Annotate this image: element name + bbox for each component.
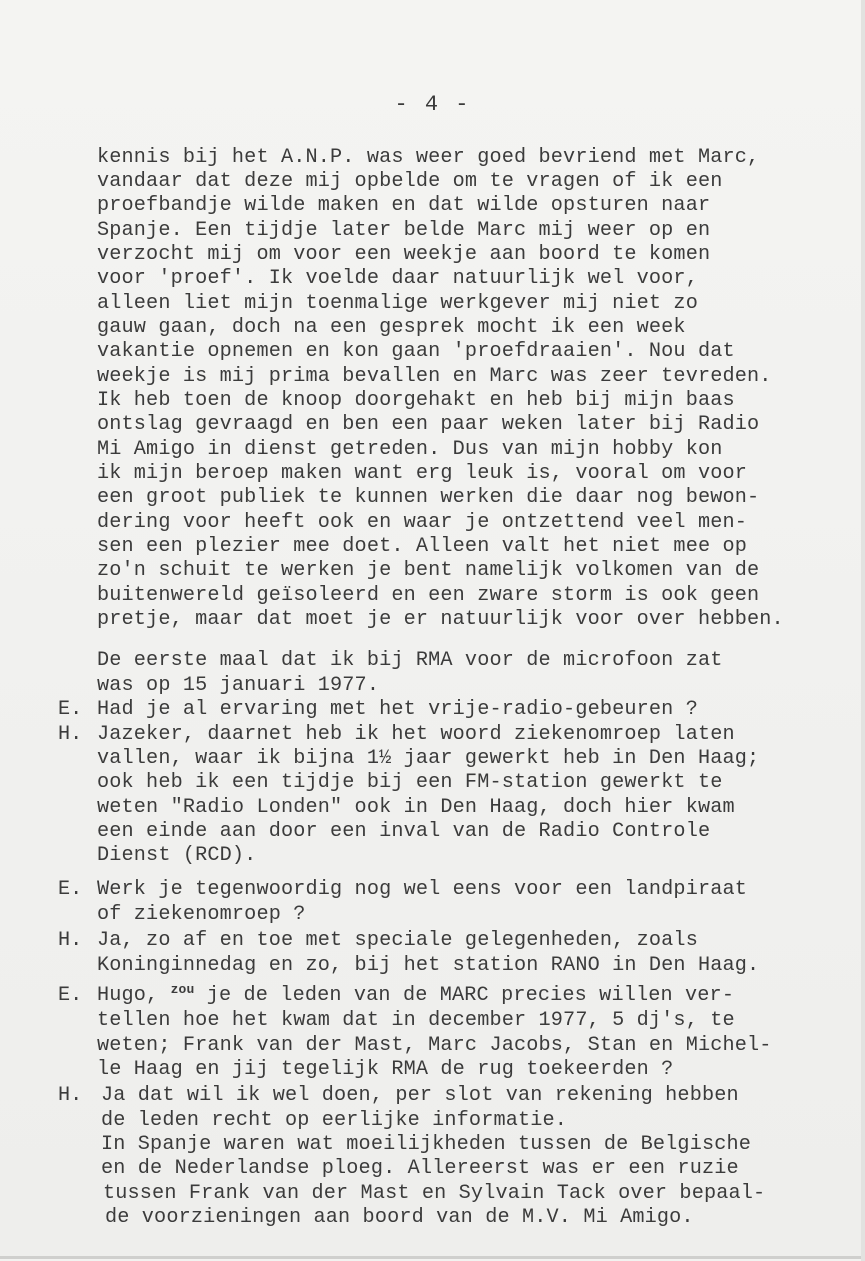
text-line: kennis bij het A.N.P. was weer goed bevr… <box>97 146 759 170</box>
text-line: Dienst (RCD). <box>97 844 256 868</box>
text-line: ook heb ik een tijdje bij een FM-station… <box>97 771 723 795</box>
text-line: In Spanje waren wat moeilijkheden tussen… <box>101 1133 751 1157</box>
text-line: was op 15 januari 1977. <box>97 674 379 698</box>
text-line: voor 'proef'. Ik voelde daar natuurlijk … <box>97 267 698 291</box>
speaker-label: H. <box>58 929 82 953</box>
page-number: - 4 - <box>0 92 865 117</box>
text-line: Mi Amigo in dienst getreden. Dus van mij… <box>97 438 723 462</box>
text-line: ontslag gevraagd en ben een paar weken l… <box>97 413 759 437</box>
text-line: ik mijn beroep maken want erg leuk is, v… <box>97 462 747 486</box>
text-line: Ja dat wil ik wel doen, per slot van rek… <box>101 1084 739 1108</box>
text-line: Hugo, zou je de leden van de MARC precie… <box>97 984 734 1009</box>
text-line: een groot publiek te kunnen werken die d… <box>97 486 759 510</box>
text-line: of ziekenomroep ? <box>97 903 306 927</box>
inserted-word: zou <box>171 982 195 997</box>
text-line: sen een plezier mee doet. Alleen valt he… <box>97 535 747 559</box>
text-line: vakantie opnemen en kon gaan 'proefdraai… <box>97 340 735 364</box>
text-line: Koninginnedag en zo, bij het station RAN… <box>97 954 759 978</box>
text-line: tellen hoe het kwam dat in december 1977… <box>97 1009 735 1033</box>
text-line: tussen Frank van der Mast en Sylvain Tac… <box>103 1182 765 1206</box>
text-line: een einde aan door een inval van de Radi… <box>97 820 710 844</box>
text-line: le Haag en jij tegelijk RMA de rug toeke… <box>97 1058 673 1082</box>
speaker-label: E. <box>58 984 82 1008</box>
text-line: vandaar dat deze mij opbelde om te vrage… <box>97 170 723 194</box>
text-line: Ik heb toen de knoop doorgehakt en heb b… <box>97 389 735 413</box>
text-line: de voorzieningen aan boord van de M.V. M… <box>105 1206 694 1230</box>
text-line: Spanje. Een tijdje later belde Marc mij … <box>97 219 710 243</box>
text-line: en de Nederlandse ploeg. Allereerst was … <box>101 1157 739 1181</box>
text-fragment: Hugo, <box>97 984 171 1007</box>
text-line: De eerste maal dat ik bij RMA voor de mi… <box>97 649 723 673</box>
text-line: Jazeker, daarnet heb ik het woord zieken… <box>97 723 735 747</box>
speaker-label: E. <box>58 698 82 722</box>
text-line: Ja, zo af en toe met speciale gelegenhed… <box>97 929 698 953</box>
text-line: weekje is mij prima bevallen en Marc was… <box>97 365 772 389</box>
speaker-label: H. <box>58 1084 82 1108</box>
text-line: gauw gaan, doch na een gesprek mocht ik … <box>97 316 686 340</box>
text-line: vallen, waar ik bijna 1½ jaar gewerkt he… <box>97 747 759 771</box>
text-line: zo'n schuit te werken je bent namelijk v… <box>97 559 759 583</box>
page-edge <box>861 0 865 1261</box>
text-line: buitenwereld geïsoleerd en een zware sto… <box>97 584 759 608</box>
text-line: de leden recht op eerlijke informatie. <box>101 1109 567 1133</box>
text-line: Had je al ervaring met het vrije-radio-g… <box>97 698 698 722</box>
text-line: verzocht mij om voor een weekje aan boor… <box>97 243 710 267</box>
text-line: dering voor heeft ook en waar je ontzett… <box>97 511 747 535</box>
text-line: weten; Frank van der Mast, Marc Jacobs, … <box>97 1034 772 1058</box>
speaker-label: E. <box>58 878 82 902</box>
text-line: weten "Radio Londen" ook in Den Haag, do… <box>97 796 735 820</box>
text-line: pretje, maar dat moet je er natuurlijk v… <box>97 608 784 632</box>
text-line: Werk je tegenwoordig nog wel eens voor e… <box>97 878 747 902</box>
speaker-label: H. <box>58 723 82 747</box>
text-line: alleen liet mijn toenmalige werkgever mi… <box>97 292 698 316</box>
text-line: proefbandje wilde maken en dat wilde ops… <box>97 194 710 218</box>
text-fragment: je de leden van de MARC precies willen v… <box>194 984 734 1007</box>
